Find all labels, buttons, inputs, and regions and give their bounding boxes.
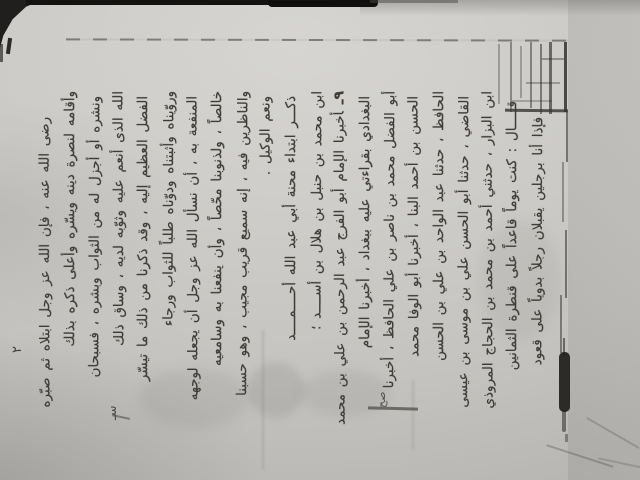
manuscript-line: قـــــال : كنت يوماً قاعداً على قنطرة ال… bbox=[500, 91, 525, 471]
manuscript-line: الفضل العظيم إليه ، وقد ذكرنا من ذلك ما … bbox=[131, 91, 156, 471]
scan-black-strip-top bbox=[26, 0, 276, 5]
streak bbox=[562, 162, 564, 222]
manuscript-line: القاضي ، حدثنا أبو الحسن علي بن موسى بن … bbox=[451, 91, 477, 471]
scan-corner-black-wedge bbox=[0, 0, 42, 48]
manuscript-line: فإذا أنا برجلين يقبلان رجلاً بدوياً على … bbox=[525, 91, 551, 471]
page-edge-line-top bbox=[66, 38, 568, 41]
streak bbox=[562, 410, 566, 432]
scan-black-strip-top-faint bbox=[370, 0, 458, 3]
manuscript-line-section-heading: ابن محمد بن حنبل بن هلال بن أســــد ؛ bbox=[303, 91, 329, 471]
manuscript-line-section-heading: ذكـــر ابتداء محنة أبي عبد الله أحــــمـ… bbox=[279, 91, 304, 471]
manuscript-line: الحسن بن أحمد البنا ، أخبرنا أبو الوفا م… bbox=[401, 91, 427, 471]
streak bbox=[566, 112, 568, 162]
manuscript-line: وأقامه لنصرة دينه ويسّره وأعلى ذكره بذلك bbox=[58, 91, 83, 471]
manuscript-line: خالصاً ، ولذنوبنا محّصاً ، وأن ينفعنا به… bbox=[205, 91, 230, 471]
manuscript-line: رضى الله عنه ، فإن الله عز وجل ابتلاه ثم… bbox=[32, 91, 58, 471]
scan-corner-tail bbox=[0, 44, 3, 62]
manuscript-line: ٩ـأخبرنا الإمام أبو الفرج عبد الرحمن بن … bbox=[327, 91, 353, 471]
manuscript-line: أبو الفضل محمد بن ناصر بن علي الحافظ ، أ… bbox=[377, 91, 403, 471]
manuscript-line: وروّيناه وأثبتناه ودوّناه طلباً للثواب و… bbox=[156, 91, 182, 471]
manuscript-line: المنفعة به ، أن نسأل الله عز وجل أن يجعل… bbox=[180, 91, 206, 471]
correction-mark: صح bbox=[376, 386, 390, 408]
streak bbox=[565, 434, 568, 442]
streak bbox=[560, 295, 562, 353]
scan-black-strip-top-blob bbox=[268, 0, 378, 7]
manuscript-line: ابن البزار ، حدثني أحمد بن محمد بن الحجا… bbox=[475, 91, 501, 471]
hadith-number-marker: ٩ـ bbox=[331, 91, 347, 104]
ink-blob bbox=[559, 352, 570, 412]
scan-corner-notch bbox=[6, 38, 12, 54]
manuscript-line: والناظرين فيه ، إنه سميع قريب مجيب ، وهو… bbox=[229, 91, 255, 471]
page-number: ٢ bbox=[11, 331, 27, 353]
manuscript-line: ونعم الوكيل . bbox=[254, 91, 280, 471]
copier-background-right bbox=[568, 0, 640, 480]
streak bbox=[564, 42, 567, 112]
photocopy-scan: رضى الله عنه ، فإن الله عز وجل ابتلاه ثم… bbox=[0, 0, 640, 480]
manuscript-line: البغدادي بقراءتي عليه ببغداد ، أخبرنا ال… bbox=[353, 91, 378, 471]
streak bbox=[565, 230, 567, 298]
manuscript-line: الحافظ ، حدثنا عبد الواحد بن علي بن الحس… bbox=[427, 91, 452, 471]
